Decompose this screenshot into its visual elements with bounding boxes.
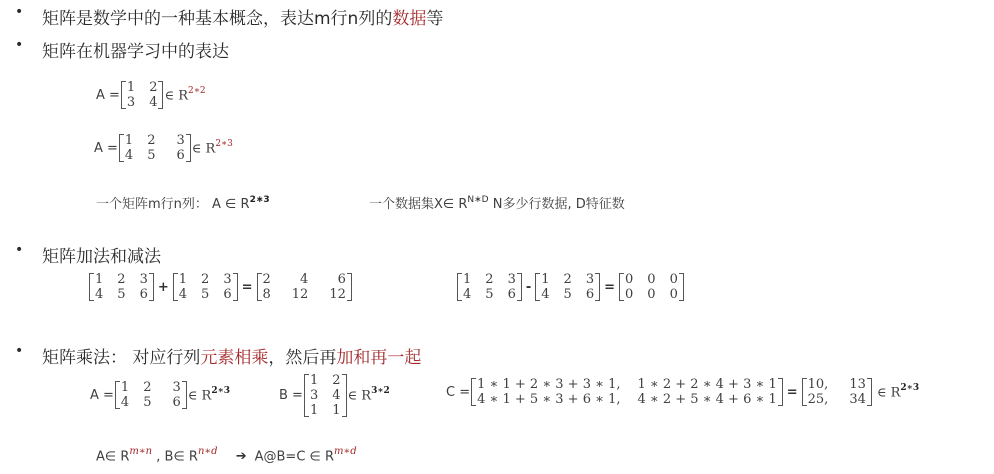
set-membership: ∈ R bbox=[348, 389, 372, 404]
matrix-a: 123 456 bbox=[88, 272, 155, 302]
arrow-right-icon: ➔ bbox=[236, 449, 247, 464]
highlight-text: 元素相乘 bbox=[200, 348, 268, 368]
set-membership: ∈ R bbox=[192, 141, 216, 156]
text-part: 矩阵是数学中的一种基本概念，表达m行n列的 bbox=[42, 9, 392, 29]
matrix-b-definition: B = 12 34 11 ∈ R3∗2 bbox=[279, 373, 390, 418]
matrix-example-2x2: A = 12 34 ∈ R2∗2 bbox=[96, 80, 206, 110]
dimension-superscript: 2∗3 bbox=[215, 139, 233, 149]
note-text: 一个矩阵m行n列： A ∈ R bbox=[96, 197, 250, 212]
matrix: 123 456 bbox=[114, 380, 188, 410]
text-part: 矩阵乘法： 对应行列 bbox=[42, 348, 200, 368]
matrix-a-definition: A = 123 456 ∈ R2∗3 bbox=[90, 380, 230, 410]
dimension-superscript: N∗D bbox=[467, 195, 488, 205]
dimension-superscript: 2∗3 bbox=[900, 383, 919, 393]
minus-operator: - bbox=[526, 280, 531, 295]
matrix-b: 123 456 bbox=[172, 272, 239, 302]
highlight-text: 数据 bbox=[392, 9, 426, 29]
equals-operator: = bbox=[604, 280, 615, 295]
dimension-superscript: 3∗2 bbox=[371, 386, 390, 396]
bullet-item-3: • 矩阵加法和减法 bbox=[0, 242, 994, 266]
bullet-icon: • bbox=[15, 37, 23, 53]
set-membership: ∈ R bbox=[164, 88, 188, 103]
equals-operator: = bbox=[787, 385, 798, 400]
dimension-superscript: 2∗3 bbox=[250, 195, 270, 205]
dimension-superscript: n∗d bbox=[198, 446, 218, 457]
bullet-item-4: • 矩阵乘法： 对应行列元素相乘，然后再加和再一起 bbox=[0, 343, 994, 367]
plus-operator: + bbox=[158, 280, 169, 295]
note-dataset-shape: 一个数据集X∈ RN∗D N多少行数据, D特征数 bbox=[369, 193, 625, 212]
bullet-text: 矩阵乘法： 对应行列元素相乘，然后再加和再一起 bbox=[42, 343, 421, 368]
matrix: 12 34 11 bbox=[303, 373, 348, 418]
dimension-superscript: m∗n bbox=[129, 446, 152, 457]
bullet-text: 矩阵在机器学习中的表达 bbox=[42, 37, 229, 62]
matrix-a: 123 456 bbox=[456, 272, 523, 302]
bullet-text: 矩阵是数学中的一种基本概念，表达m行n列的数据等 bbox=[42, 4, 443, 29]
rule-a: A∈ R bbox=[96, 449, 129, 464]
dimension-superscript: 2∗2 bbox=[188, 86, 206, 96]
bullet-icon: • bbox=[15, 4, 23, 20]
matrix-result: 246 81212 bbox=[256, 272, 353, 302]
bullet-item-2: • 矩阵在机器学习中的表达 bbox=[0, 37, 994, 61]
result-matrix: 10,13 25,34 bbox=[801, 377, 873, 407]
set-membership: ∈ R bbox=[877, 385, 901, 400]
bullet-text: 矩阵加法和减法 bbox=[42, 242, 161, 267]
lhs-label: B = bbox=[279, 388, 303, 403]
rule-c: A@B=C ∈ R bbox=[255, 449, 334, 464]
text-part: ，然后再 bbox=[268, 348, 336, 368]
highlight-text: 加和再一起 bbox=[336, 348, 421, 368]
note-tail: N多少行数据, D特征数 bbox=[489, 197, 625, 212]
note-matrix-shape: 一个矩阵m行n列： A ∈ R2∗3 bbox=[96, 193, 270, 212]
matrix-b: 123 456 bbox=[534, 272, 601, 302]
matrix-result: 000 000 bbox=[618, 272, 685, 302]
set-membership: ∈ R bbox=[188, 388, 212, 403]
matrix: 12 34 bbox=[120, 80, 165, 110]
lhs-label: C = bbox=[446, 385, 470, 400]
dimension-superscript: m∗d bbox=[334, 446, 357, 457]
bullet-item-1: • 矩阵是数学中的一种基本概念，表达m行n列的数据等 bbox=[0, 4, 994, 28]
matrix-addition: 123 456 + 123 456 = 246 81212 bbox=[88, 272, 353, 302]
lhs-label: A = bbox=[96, 88, 120, 103]
dimension-superscript: 2∗3 bbox=[211, 386, 230, 396]
bullet-icon: • bbox=[15, 242, 23, 258]
matrix-example-2x3: A = 123 456 ∈ R2∗3 bbox=[94, 133, 233, 163]
matrix-c-computation: C = 1 ∗ 1 + 2 ∗ 3 + 3 ∗ 1,1 ∗ 2 + 2 ∗ 4 … bbox=[446, 377, 919, 407]
multiplication-rule: A∈ Rm∗n , B∈ Rn∗d ➔A@B=C ∈ Rm∗d bbox=[96, 447, 357, 464]
lhs-label: A = bbox=[94, 141, 118, 156]
lhs-label: A = bbox=[90, 388, 114, 403]
text-part: 等 bbox=[426, 9, 443, 29]
bullet-icon: • bbox=[15, 343, 23, 359]
note-text: 一个数据集X∈ R bbox=[369, 197, 467, 212]
matrix-subtraction: 123 456 - 123 456 = 000 000 bbox=[456, 272, 685, 302]
matrix: 123 456 bbox=[118, 133, 192, 163]
expansion-matrix: 1 ∗ 1 + 2 ∗ 3 + 3 ∗ 1,1 ∗ 2 + 2 ∗ 4 + 3 … bbox=[470, 377, 784, 407]
equals-operator: = bbox=[242, 280, 253, 295]
rule-b: , B∈ R bbox=[152, 449, 198, 464]
